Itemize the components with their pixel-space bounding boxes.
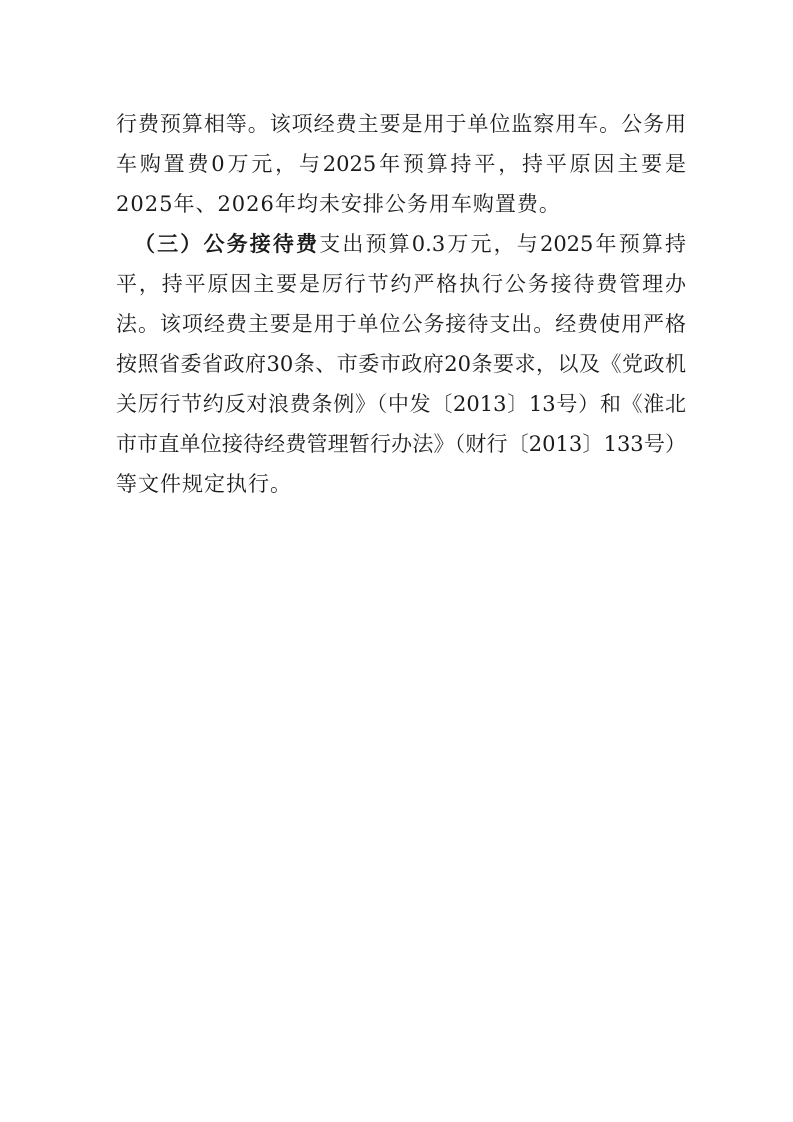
paragraph-2-line-7: 等文件规定执行。 <box>116 472 686 496</box>
paragraph-1-line-3: 2025年、2026年均未安排公务用车购置费。 <box>116 192 686 216</box>
paragraph-2-line-3: 法。该项经费主要是用于单位公务接待支出。经费使用严格 <box>116 312 686 336</box>
paragraph-2-line-5: 关厉行节约反对浪费条例》（中发〔2013〕13号）和《淮北 <box>116 392 686 416</box>
document-page: 行费预算相等。该项经费主要是用于单位监察用车。公务用 车购置费0万元，与2025… <box>0 0 793 1122</box>
paragraph-2-line-4: 按照省委省政府30条、市委市政府20条要求，以及《党政机 <box>116 352 686 376</box>
paragraph-1-line-1: 行费预算相等。该项经费主要是用于单位监察用车。公务用 <box>116 112 686 136</box>
paragraph-1-line-2: 车购置费0万元，与2025年预算持平，持平原因主要是 <box>116 152 686 176</box>
paragraph-2-line-1-text: 支出预算0.3万元，与2025年预算持 <box>319 232 686 256</box>
paragraph-2-line-6: 市市直单位接待经费管理暂行办法》（财行〔2013〕133号） <box>116 432 686 456</box>
paragraph-2-line-2: 平，持平原因主要是厉行节约严格执行公务接待费管理办 <box>116 272 686 296</box>
section-heading: （三）公务接待费 <box>134 232 319 256</box>
paragraph-2-line-1: （三）公务接待费支出预算0.3万元，与2025年预算持 <box>134 232 686 256</box>
